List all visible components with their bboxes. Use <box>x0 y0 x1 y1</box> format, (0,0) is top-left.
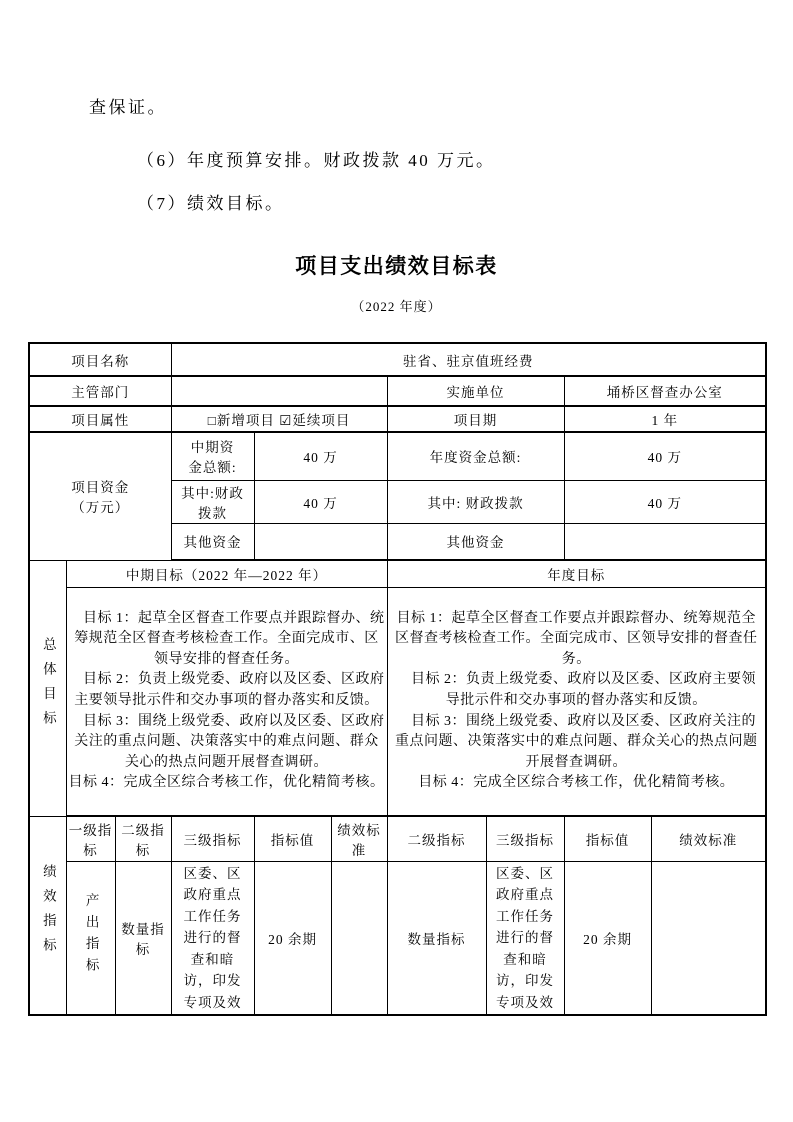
header-mid-standard: 绩效标准 <box>331 816 387 861</box>
year-level2-indicator: 数量指标 <box>387 861 486 1015</box>
header-mid-value: 指标值 <box>254 816 331 861</box>
year-other-label: 其他资金 <box>387 523 564 560</box>
row-funds-total: 项目资金 （万元） 中期资 金总额: 40 万 年度资金总额: 40 万 <box>29 432 766 480</box>
mid-indicator-standard <box>331 861 387 1015</box>
year-goal-1: 目标 1：起草全区督查工作要点并跟踪督办、统筹规范全区督查考核检查工作。全面完成… <box>390 609 764 671</box>
header-mid-level2: 二级指标 <box>115 816 171 861</box>
dept-value <box>171 376 387 406</box>
year-goal-2: 目标 2：负责上级党委、政府以及区委、区政府主要领导批示件和交办事项的督办落实和… <box>390 670 764 711</box>
attr-label: 项目属性 <box>29 406 171 432</box>
mid-goal-1: 目标 1：起草全区督查工作要点并跟踪督办、统筹规范全区督查考核检查工作。全面完成… <box>69 609 385 671</box>
year-total-label: 年度资金总额: <box>387 432 564 480</box>
year-indicator-value: 20 余期 <box>564 861 651 1015</box>
period-value: 1 年 <box>564 406 766 432</box>
level1-indicator: 产出指标 <box>66 861 115 1015</box>
page-title: 项目支出绩效目标表 <box>0 250 793 280</box>
period-label: 项目期 <box>387 406 564 432</box>
year-indicator-standard <box>651 861 766 1015</box>
intro-line-3: （7）绩效目标。 <box>137 189 285 214</box>
impl-unit-value: 埇桥区督查办公室 <box>564 376 766 406</box>
performance-target-table: 项目名称 驻省、驻京值班经费 主管部门 实施单位 埇桥区督查办公室 项目属性 □… <box>28 342 767 1016</box>
mid-goal-3: 目标 3：围绕上级党委、政府以及区委、区政府关注的重点问题、决策落实中的难点问题… <box>69 712 385 774</box>
mid-level3-indicator: 区委、区 政府重点 工作任务 进行的督 查和暗 访，印发 专项及效 <box>171 861 254 1015</box>
mid-indicator-value: 20 余期 <box>254 861 331 1015</box>
header-level1: 一级指标 <box>66 816 115 861</box>
row-goal-content: 目标 1：起草全区督查工作要点并跟踪督办、统筹规范全区督查考核检查工作。全面完成… <box>29 587 766 816</box>
document-page: 查保证。 （6）年度预算安排。财政拨款 40 万元。 （7）绩效目标。 项目支出… <box>0 0 793 1122</box>
mid-other-value <box>254 523 387 560</box>
row-indicator-data: 产出指标 数量指标 区委、区 政府重点 工作任务 进行的督 查和暗 访，印发 专… <box>29 861 766 1015</box>
impl-unit-label: 实施单位 <box>387 376 564 406</box>
intro-line-2: （6）年度预算安排。财政拨款 40 万元。 <box>137 146 496 171</box>
mid-goal-4: 目标 4：完成全区综合考核工作，优化精简考核。 <box>69 773 385 794</box>
year-fiscal-value: 40 万 <box>564 480 766 523</box>
mid-other-label: 其他资金 <box>171 523 254 560</box>
year-goals-cell: 目标 1：起草全区督查工作要点并跟踪督办、统筹规范全区督查考核检查工作。全面完成… <box>387 587 766 816</box>
page-subtitle: （2022 年度） <box>0 296 793 315</box>
year-level3-indicator: 区委、区 政府重点 工作任务 进行的督 查和暗 访，印发 专项及效 <box>486 861 564 1015</box>
header-year-standard: 绩效标准 <box>651 816 766 861</box>
year-goal-4: 目标 4：完成全区综合考核工作，优化精简考核。 <box>390 773 764 794</box>
overall-goal-row-label: 总体目标 <box>29 560 66 816</box>
year-goal-3: 目标 3：围绕上级党委、政府以及区委、区政府关注的重点问题、决策落实中的难点问题… <box>390 712 764 774</box>
mid-fiscal-label: 其中:财政 拨款 <box>171 480 254 523</box>
header-year-value: 指标值 <box>564 816 651 861</box>
mid-total-value: 40 万 <box>254 432 387 480</box>
year-goal-header: 年度目标 <box>387 560 766 587</box>
project-name-label: 项目名称 <box>29 343 171 376</box>
header-year-level2: 二级指标 <box>387 816 486 861</box>
year-fiscal-label: 其中: 财政拨款 <box>387 480 564 523</box>
row-indicator-headers: 绩效指标 一级指标 二级指标 三级指标 指标值 绩效标准 二级指标 三级指标 指… <box>29 816 766 861</box>
year-total-value: 40 万 <box>564 432 766 480</box>
year-other-value <box>564 523 766 560</box>
perf-row-label: 绩效指标 <box>29 816 66 1015</box>
row-project-name: 项目名称 驻省、驻京值班经费 <box>29 343 766 376</box>
attr-checkboxes: □新增项目 ☑延续项目 <box>171 406 387 432</box>
mid-goal-header: 中期目标（2022 年—2022 年） <box>66 560 387 587</box>
project-name-value: 驻省、驻京值班经费 <box>171 343 766 376</box>
header-mid-level3: 三级指标 <box>171 816 254 861</box>
funds-label: 项目资金 （万元） <box>29 432 171 560</box>
mid-fiscal-value: 40 万 <box>254 480 387 523</box>
mid-total-label: 中期资 金总额: <box>171 432 254 480</box>
row-attribute: 项目属性 □新增项目 ☑延续项目 项目期 1 年 <box>29 406 766 432</box>
mid-level2-indicator: 数量指标 <box>115 861 171 1015</box>
mid-goals-cell: 目标 1：起草全区督查工作要点并跟踪督办、统筹规范全区督查考核检查工作。全面完成… <box>66 587 387 816</box>
header-year-level3: 三级指标 <box>486 816 564 861</box>
intro-line-1: 查保证。 <box>89 93 167 118</box>
dept-label: 主管部门 <box>29 376 171 406</box>
mid-goal-2: 目标 2：负责上级党委、政府以及区委、区政府主要领导批示件和交办事项的督办落实和… <box>69 670 385 711</box>
row-department: 主管部门 实施单位 埇桥区督查办公室 <box>29 376 766 406</box>
row-goal-headers: 总体目标 中期目标（2022 年—2022 年） 年度目标 <box>29 560 766 587</box>
